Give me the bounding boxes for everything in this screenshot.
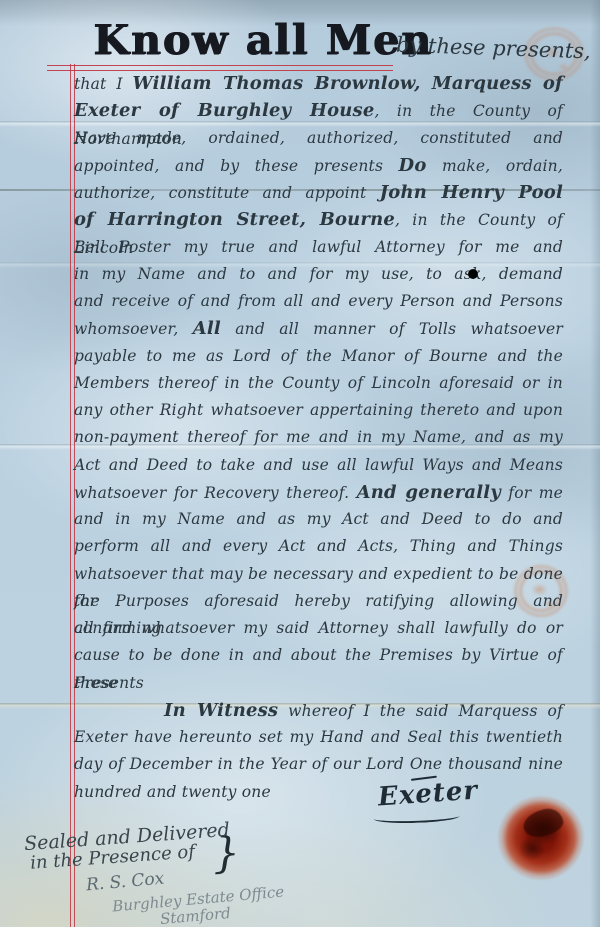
- text-segment: in my Name and to and for my use, to ask…: [74, 265, 563, 283]
- text-segment: and all manner of Tolls whatsoever: [221, 320, 563, 338]
- document-line: payable to me as Lord of the Manor of Bo…: [74, 343, 563, 370]
- text-segment: of Harrington Street, Bourne: [74, 209, 395, 230]
- text-segment: John Henry Pool: [380, 182, 563, 203]
- wax-seal-impression: [521, 806, 566, 841]
- text-segment: Presents: [74, 674, 144, 692]
- document-line: Exeter have hereunto set my Hand and Sea…: [74, 724, 563, 751]
- text-segment: Exeter have hereunto set my Hand and Sea…: [74, 728, 563, 746]
- witness-name: R. S. Cox: [85, 869, 165, 896]
- signature-text: Exeter: [377, 776, 479, 813]
- text-segment: Act and Deed to take and use all lawful …: [74, 456, 563, 474]
- document-line: day of December in the Year of our Lord …: [74, 751, 563, 778]
- signature-exeter: Exeter: [377, 776, 479, 813]
- text-segment: appointed, and by these presents: [74, 157, 399, 175]
- text-segment: make, ordain,: [427, 157, 563, 175]
- document-line: In Witness whereof I the said Marquess o…: [74, 697, 563, 724]
- text-segment: Do: [399, 155, 427, 176]
- document-body: that I William Thomas Brownlow, Marquess…: [74, 70, 563, 806]
- text-segment: any other Right whatsoever appertaining …: [74, 401, 563, 419]
- document-line: whatsoever that may be necessary and exp…: [74, 561, 563, 588]
- document-line: Presents: [74, 670, 563, 697]
- text-segment: whereof I the said Marquess of: [278, 702, 563, 720]
- document-line: cause to be done in and about the Premis…: [74, 642, 563, 669]
- text-segment: all and whatsoever my said Attorney shal…: [74, 619, 563, 637]
- text-segment: that I: [74, 75, 133, 93]
- text-segment: All: [193, 318, 221, 339]
- attestation-brace: }: [212, 828, 240, 878]
- document-line: the Purposes aforesaid hereby ratifying …: [74, 588, 563, 615]
- document-line: Have made, ordained, authorized, constit…: [74, 125, 563, 152]
- document-line: authorize, constitute and appoint John H…: [74, 179, 563, 206]
- document-line: non-payment thereof for me and in my Nam…: [74, 424, 563, 451]
- text-segment: authorize, constitute and appoint: [74, 184, 380, 202]
- text-segment: William Thomas Brownlow, Marquess of: [133, 73, 563, 94]
- document-heading: Know all Men: [93, 16, 433, 64]
- text-segment: and receive of and from all and every Pe…: [74, 292, 563, 310]
- document-line: and in my Name and as my Act and Deed to…: [74, 506, 563, 533]
- text-segment: In Witness: [164, 700, 278, 721]
- document-line: Act and Deed to take and use all lawful …: [74, 452, 563, 479]
- red-wax-seal: [497, 795, 585, 881]
- text-segment: Have made, ordained, authorized, constit…: [74, 129, 563, 147]
- document-page: Know all Men by these presents, that I W…: [0, 0, 600, 927]
- document-line: hundred and twenty one: [74, 779, 563, 806]
- document-line: any other Right whatsoever appertaining …: [74, 397, 563, 424]
- text-segment: and in my Name and as my Act and Deed to…: [74, 510, 563, 528]
- document-line: in my Name and to and for my use, to ask…: [74, 261, 563, 288]
- text-segment: for me: [501, 484, 563, 502]
- text-segment: And generally: [357, 482, 501, 503]
- text-segment: day of December in the Year of our Lord …: [74, 755, 563, 773]
- document-line: whomsoever, All and all manner of Tolls …: [74, 315, 563, 342]
- document-line: that I William Thomas Brownlow, Marquess…: [74, 70, 563, 97]
- document-line: Members thereof in the County of Lincoln…: [74, 370, 563, 397]
- text-segment: payable to me as Lord of the Manor of Bo…: [74, 347, 563, 365]
- ink-blot: [468, 269, 478, 279]
- text-segment: Members thereof in the County of Lincoln…: [74, 374, 563, 392]
- document-line: and receive of and from all and every Pe…: [74, 288, 563, 315]
- document-line: Bell Poster my true and lawful Attorney …: [74, 234, 563, 261]
- text-segment: perform all and every Act and Acts, Thin…: [74, 537, 563, 555]
- text-segment: whomsoever,: [74, 320, 193, 338]
- text-segment: Bell Poster my true and lawful Attorney …: [74, 238, 563, 256]
- document-line: appointed, and by these presents Do make…: [74, 152, 563, 179]
- text-segment: whatsoever for Recovery thereof.: [74, 484, 357, 502]
- signature-underline-flourish: [373, 810, 459, 824]
- document-line: whatsoever for Recovery thereof. And gen…: [74, 479, 563, 506]
- document-line: all and whatsoever my said Attorney shal…: [74, 615, 563, 642]
- text-segment: Exeter of Burghley House: [74, 100, 375, 121]
- document-line: of Harrington Street, Bourne, in the Cou…: [74, 206, 563, 233]
- document-line: perform all and every Act and Acts, Thin…: [74, 533, 563, 560]
- text-segment: hundred and twenty one: [74, 783, 271, 801]
- document-line: Exeter of Burghley House, in the County …: [74, 97, 563, 124]
- text-segment: non-payment thereof for me and in my Nam…: [74, 428, 563, 446]
